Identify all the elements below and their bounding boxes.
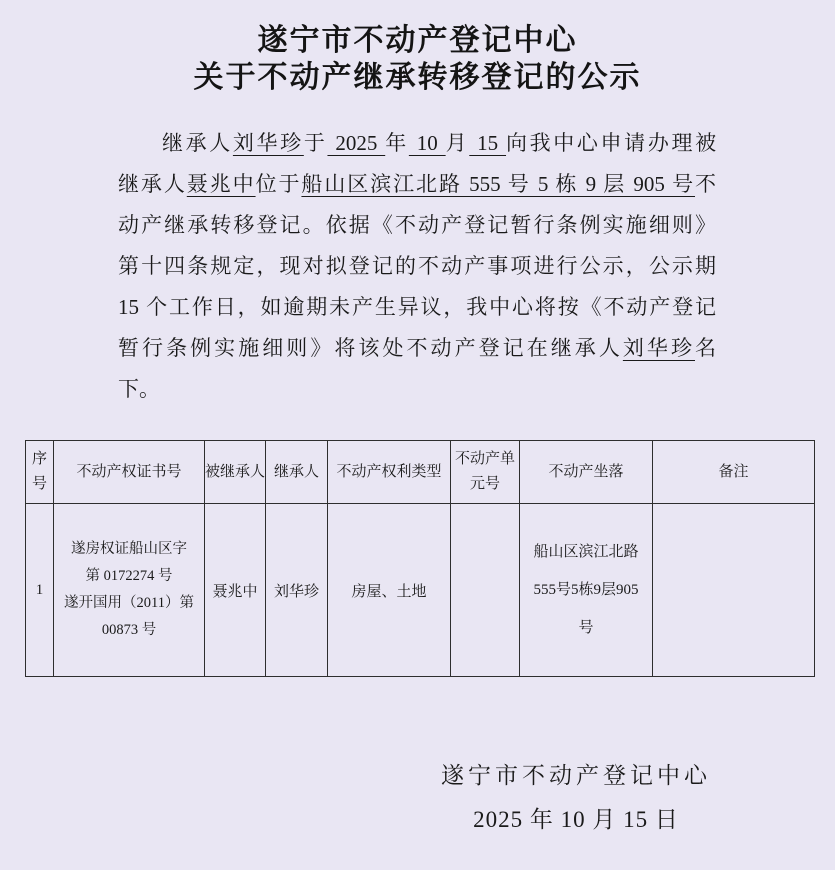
underlined-heir-name: 刘华珍 (233, 131, 304, 155)
para-line-2: 继承人聂兆中位于船山区滨江北路 555 号 5 栋 9 层 905 号不 (118, 164, 716, 205)
title-line-2: 关于不动产继承转移登记的公示 (0, 59, 835, 96)
title-line-1: 遂宁市不动产登记中心 (0, 22, 835, 59)
text-segment: 于 (304, 131, 328, 155)
issue-date: 2025 年 10 月 15 日 (399, 805, 753, 835)
text-segment: 名 (695, 336, 716, 360)
col-header-right-type: 不动产权利类型 (328, 441, 451, 504)
text-segment: 位于 (256, 172, 302, 196)
text-segment: 暂行条例实施细则》将该处不动产登记在继承人 (118, 336, 623, 360)
para-line-5: 15 个工作日，如逾期未产生异议，我中心将按《不动产登记 (118, 287, 716, 328)
underlined-day: 15 (469, 131, 506, 155)
cell-heir: 刘华珍 (266, 504, 328, 677)
cell-right-type: 房屋、土地 (328, 504, 451, 677)
col-header-heir: 继承人 (266, 441, 328, 504)
underlined-month: 10 (409, 131, 446, 155)
table-row: 1 遂房权证船山区字 第 0172274 号 遂开国用（2011）第 00873… (26, 504, 815, 677)
registration-table: 序 号 不动产权证书号 被继承人 继承人 不动产权利类型 不动产单 元号 不动产… (25, 440, 815, 677)
para-line-4: 第十四条规定，现对拟登记的不动产事项进行公示，公示期 (118, 246, 716, 287)
text-segment: 月 (446, 131, 470, 155)
table-header-row: 序 号 不动产权证书号 被继承人 继承人 不动产权利类型 不动产单 元号 不动产… (26, 441, 815, 504)
col-header-remark: 备注 (653, 441, 815, 504)
notice-document: 遂宁市不动产登记中心关于不动产继承转移登记的公示 继承人刘华珍于 2025 年 … (0, 0, 835, 870)
col-header-location: 不动产坐落 (520, 441, 653, 504)
underlined-property-address: 船山区滨江北路 555 号 5 栋 9 层 905 号 (301, 172, 695, 196)
col-header-decedent: 被继承人 (205, 441, 266, 504)
col-header-certificate-no: 不动产权证书号 (54, 441, 205, 504)
cell-remark (653, 504, 815, 677)
para-line-7: 下。 (118, 369, 716, 410)
para-line-3: 动产继承转移登记。依据《不动产登记暂行条例实施细则》 (118, 205, 716, 246)
text-segment: 动产继承转移登记。依据《不动产登记暂行条例实施细则》 (118, 213, 716, 237)
para-line-1: 继承人刘华珍于 2025 年 10 月 15 向我中心申请办理被 (118, 123, 716, 164)
text-segment: 继承人 (162, 131, 233, 155)
underlined-decedent-name: 聂兆中 (187, 172, 256, 196)
text-segment: 向我中心申请办理被 (506, 131, 716, 155)
para-line-6: 暂行条例实施细则》将该处不动产登记在继承人刘华珍名 (118, 328, 716, 369)
cell-seq: 1 (26, 504, 54, 677)
notice-body: 继承人刘华珍于 2025 年 10 月 15 向我中心申请办理被 继承人聂兆中位… (118, 123, 716, 410)
col-header-seq: 序 号 (26, 441, 54, 504)
cell-unit-no (451, 504, 520, 677)
text-segment: 15 个工作日，如逾期未产生异议，我中心将按《不动产登记 (118, 295, 716, 319)
signature-block: 遂宁市不动产登记中心 2025 年 10 月 15 日 (399, 761, 753, 835)
text-segment: 年 (385, 131, 409, 155)
text-segment: 不 (695, 172, 716, 196)
col-header-unit-no: 不动产单 元号 (451, 441, 520, 504)
text-segment: 下。 (118, 377, 160, 401)
underlined-heir-name: 刘华珍 (623, 336, 695, 360)
text-segment: 继承人 (118, 172, 187, 196)
issuer-name: 遂宁市不动产登记中心 (399, 761, 753, 791)
document-title: 遂宁市不动产登记中心关于不动产继承转移登记的公示 (0, 22, 835, 96)
cell-decedent: 聂兆中 (205, 504, 266, 677)
text-segment: 第十四条规定，现对拟登记的不动产事项进行公示，公示期 (118, 254, 716, 278)
cell-location: 船山区滨江北路 555号5栋9层905 号 (520, 504, 653, 677)
cell-certificate-no: 遂房权证船山区字 第 0172274 号 遂开国用（2011）第 00873 号 (54, 504, 205, 677)
underlined-year: 2025 (327, 131, 385, 155)
